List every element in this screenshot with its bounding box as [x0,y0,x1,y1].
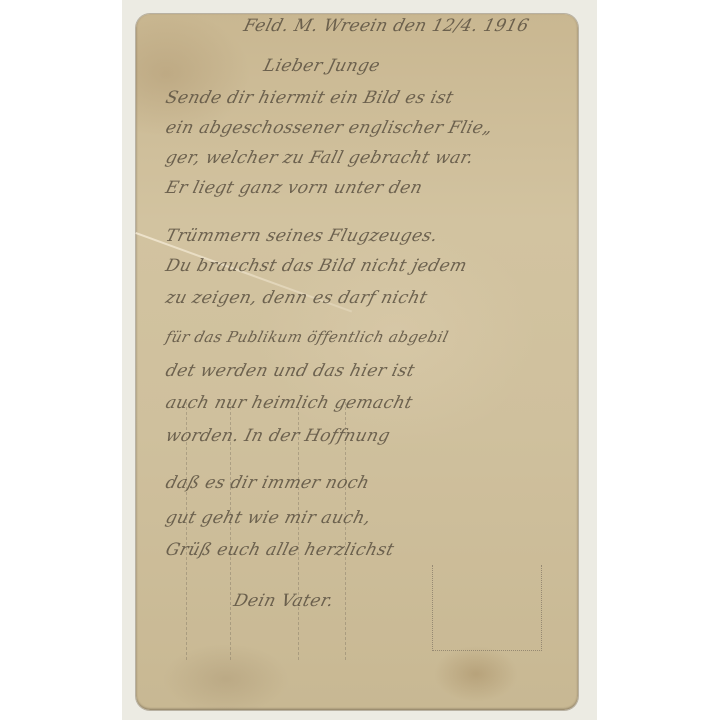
header-line: Feld. M. Wreein den 12/4. 1916 [242,16,532,36]
body-line: ein abgeschossener englischer Flie„ [164,118,495,138]
body-line: daß es dir immer noch [164,473,372,493]
body-line: gut geht wie mir auch, [164,508,373,528]
closing: Grüß euch alle herzlichst [164,540,397,560]
body-line: für das Publikum öffentlich abgebil [164,328,451,346]
body-line: Sende dir hiermit ein Bild es ist [164,88,456,108]
header-place: Feld. M. Wreein [242,16,391,36]
body-line: ger, welcher zu Fall gebracht war. [164,148,476,168]
salutation: Lieber Junge [262,56,383,76]
header-date-prefix: den [391,16,429,36]
body-line: auch nur heimlich gemacht [164,393,415,413]
body-line: zu zeigen, denn es darf nicht [164,288,430,308]
stamp-box-outline [432,565,542,651]
postcard: Feld. M. Wreein den 12/4. 1916 Lieber Ju… [136,14,578,710]
body-line: det werden und das hier ist [164,361,417,381]
body-line: worden. In der Hoffnung [164,426,393,446]
body-line: Trümmern seines Flugzeuges. [164,226,440,246]
body-line: Du brauchst das Bild nicht jedem [164,256,470,276]
signature: Dein Vater. [232,591,336,611]
body-line: Er liegt ganz vorn unter den [164,178,425,198]
header-date: 12/4. 1916 [430,16,531,36]
